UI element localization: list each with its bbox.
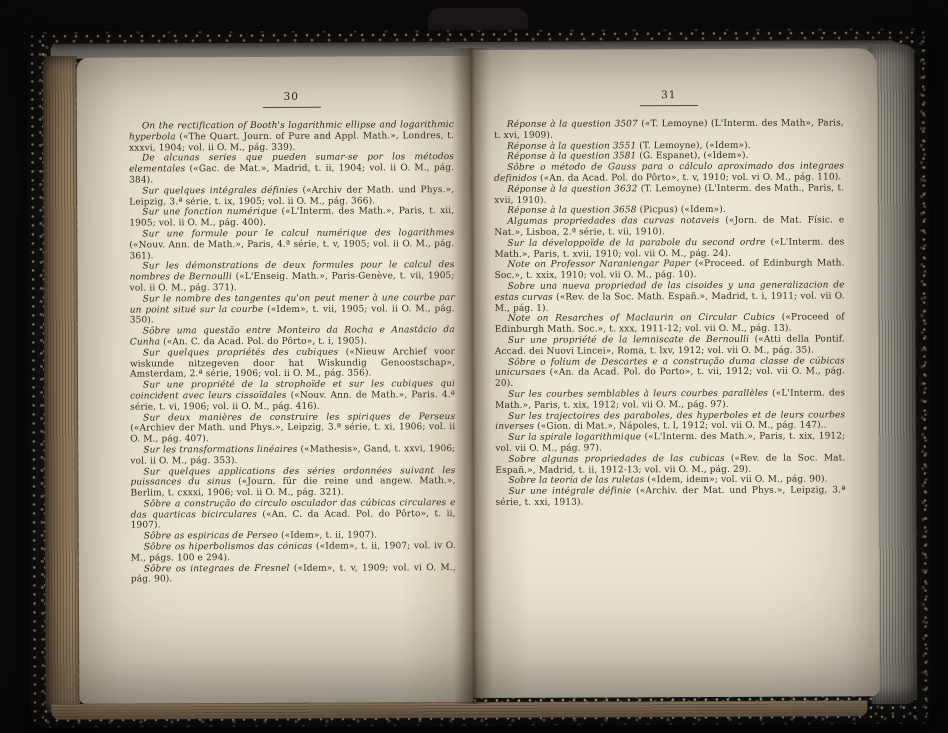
entry-citation: («Gion. di Mat.», Nápoles, t. l, 1912; v… bbox=[534, 421, 827, 432]
entry-title: Sur une fonction numérique bbox=[142, 207, 277, 218]
entry-title: Note on Professor Naraniengar Paper bbox=[507, 259, 690, 270]
entry-title: Sur la spirale logarithmique bbox=[508, 432, 641, 443]
entry-title: Note on Resarches of Maclaurin on Circul… bbox=[508, 313, 775, 324]
bibliography-entry: Sur quelques applications des séries ord… bbox=[130, 466, 455, 500]
page-right: 31 Réponse à la question 3507 («T. Lemoy… bbox=[471, 48, 880, 698]
bibliography-entry: Sôbre os hiperbolismos das cónicas («Ide… bbox=[131, 541, 456, 564]
bibliography-entry: On the rectification of Booth's logarith… bbox=[129, 120, 454, 154]
entry-title: Sobre la teoría de las ruletas bbox=[508, 476, 644, 487]
bibliography-entry: Sur une formule pour le calcul numérique… bbox=[129, 228, 454, 262]
bibliography-entries-right: Réponse à la question 3507 («T. Lemoyne)… bbox=[494, 118, 846, 508]
entry-title: Réponse à la question 3581 bbox=[507, 152, 636, 163]
page-edges-left bbox=[43, 56, 80, 712]
page-left: 30 On the rectification of Booth's logar… bbox=[77, 56, 474, 704]
page-number: 30 bbox=[129, 90, 454, 103]
bibliography-entry: Note on Professor Naraniengar Paper («Pr… bbox=[494, 259, 844, 282]
entry-title: Réponse à la question 3551 bbox=[507, 141, 636, 152]
entry-citation: («An. da Acad. Pol. do Porto», t. vii, 1… bbox=[495, 367, 845, 389]
entry-citation: («Archiev der Math. und Phys.», Leipzig,… bbox=[130, 422, 455, 444]
entry-title: Sur quelques propriétés des cubiques bbox=[143, 347, 338, 358]
entry-title: Sur quelques intégrales définies bbox=[142, 186, 298, 197]
entry-title: Sôbre os integraes de Fresnel bbox=[144, 564, 290, 575]
bibliography-entry: Sur quelques propriétés des cubiques («N… bbox=[130, 347, 455, 381]
bibliography-entry: Sur les courbes semblables à leurs courb… bbox=[495, 388, 845, 411]
entry-title: Sôbre as espiricas de Perseo bbox=[144, 531, 278, 542]
bibliography-entry: Sôbre o método de Gauss para o cálculo a… bbox=[494, 162, 844, 185]
bibliography-entries-left: On the rectification of Booth's logarith… bbox=[129, 120, 456, 586]
bibliography-entry: Sur deux manières de construire les spir… bbox=[130, 412, 455, 446]
bibliography-entry: Sur quelques intégrales définies («Archi… bbox=[129, 185, 454, 208]
bibliography-entry: Sur la développoïde de la parabole du se… bbox=[494, 237, 844, 260]
entry-title: Sur les courbes semblables à leurs courb… bbox=[508, 389, 768, 400]
entry-citation: («The Quart. Journ. of Pure and Appl. Ma… bbox=[129, 131, 454, 153]
bibliography-entry: Algumas propriedades das curvas notaveis… bbox=[494, 216, 844, 239]
bibliography-entry: Sobre una nueva propriedad de las cisoid… bbox=[495, 280, 845, 314]
entry-citation: (Picpus) («Idem»). bbox=[637, 205, 726, 215]
page-left-text-column: 30 On the rectification of Booth's logar… bbox=[129, 90, 456, 586]
entry-citation: («An. da Acad. Pol. do Pôrto», t. v, 191… bbox=[537, 172, 841, 183]
entry-citation: («Idem», t. ii, 1907). bbox=[278, 531, 377, 541]
entry-citation: («Idem, idem»; vol. vii O. M., pág. 90). bbox=[644, 475, 827, 486]
entry-citation: («An. C. da Acad. Pol. do Pôrto», t. i, … bbox=[160, 336, 367, 347]
bibliography-entry: Sôbre a construção do circulo osculador … bbox=[131, 498, 456, 532]
bibliography-entry: Réponse à la question 3632 (T. Lemoyne) … bbox=[494, 183, 844, 206]
bibliography-entry: Sur une intégrale définie («Archiv. der … bbox=[495, 485, 845, 508]
photo-background: 30 On the rectification of Booth's logar… bbox=[0, 0, 948, 733]
bibliography-entry: Sur une propriété de la lemniscate de Be… bbox=[495, 334, 845, 357]
entry-title: Réponse à la question 3632 bbox=[507, 184, 637, 195]
page-number-rule bbox=[640, 105, 698, 106]
bibliography-entry: Sur les trajectoires des paraboles, des … bbox=[495, 410, 845, 433]
entry-title: Sur une propriété de la lemniscate de Be… bbox=[508, 335, 749, 346]
bibliography-entry: Sur les transformations linéaires («Math… bbox=[130, 444, 455, 467]
bibliography-entry: Sur le nombre des tangentes qu'on peut m… bbox=[130, 293, 455, 327]
bibliography-entry: Réponse à la question 3507 («T. Lemoyne)… bbox=[494, 118, 844, 141]
bibliography-entry: Sur une fonction numérique («L'Interm. d… bbox=[129, 206, 454, 229]
bibliography-entry: De alcunas series que pueden sumar-se po… bbox=[129, 152, 454, 186]
entry-citation: (G. Espanet), («Idem»). bbox=[636, 151, 748, 161]
page-right-text-column: 31 Réponse à la question 3507 («T. Lemoy… bbox=[494, 88, 846, 508]
entry-title: Sôbre os hiperbolismos das cónicas bbox=[144, 542, 313, 553]
bibliography-entry: Sur une propriété de la strophoïde et su… bbox=[130, 379, 455, 413]
page-number-rule bbox=[262, 107, 320, 108]
bibliography-entry: Sôbre os integraes de Fresnel («Idem», t… bbox=[131, 563, 456, 586]
entry-title: Réponse à la question 3507 bbox=[507, 119, 638, 130]
bibliography-entry: Sôbre uma questão entre Monteiro da Roch… bbox=[130, 325, 455, 348]
bibliography-entry: Sur la spirale logarithmique («L'Interm.… bbox=[495, 432, 845, 455]
bibliography-entry: Sôbre o folium de Descartes e a construç… bbox=[495, 356, 845, 390]
page-number: 31 bbox=[494, 88, 844, 102]
entry-title: Sur une formule pour le calcul numérique… bbox=[142, 228, 454, 239]
entry-title: Algumas propriedades das curvas notaveis bbox=[507, 216, 719, 227]
bibliography-entry: Note on Resarches of Maclaurin on Circul… bbox=[495, 313, 845, 336]
entry-title: Sobre algunas propriedades de las cubica… bbox=[508, 454, 724, 465]
entry-citation: («Nouv. Ann. de Math.», Paris, 4.ª série… bbox=[129, 239, 454, 261]
entry-title: Sur deux manières de construire les spir… bbox=[143, 412, 455, 423]
bibliography-entry: Sobre algunas propriedades de las cubica… bbox=[495, 453, 845, 476]
entry-title: Sur la développoïde de la parabole du se… bbox=[507, 238, 765, 249]
entry-title: Réponse à la question 3658 bbox=[507, 206, 636, 217]
entry-title: Sur les transformations linéaires bbox=[143, 445, 297, 456]
open-book: 30 On the rectification of Booth's logar… bbox=[26, 28, 931, 728]
entry-citation: (T. Lemoyne), («Idem»). bbox=[636, 140, 750, 150]
bibliography-entry: Sur les démonstrations de deux formules … bbox=[129, 260, 454, 294]
entry-title: Sur une intégrale définie bbox=[508, 486, 631, 497]
